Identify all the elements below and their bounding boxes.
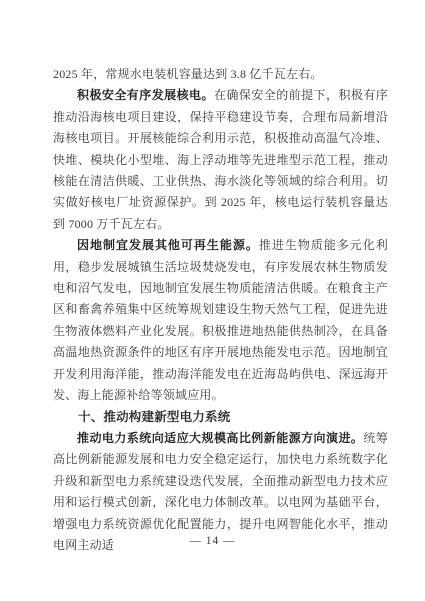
paragraph: 2025 年，常规水电装机容量达到 3.8 亿千瓦左右。	[53, 64, 388, 85]
lead-sentence: 积极安全有序发展核电。	[77, 88, 214, 102]
paragraph: 因地制宜发展其他可再生能源。推进生物质能多元化利用，稳步发展城镇生活垃圾焚烧发电…	[53, 235, 388, 406]
page-body: 2025 年，常规水电装机容量达到 3.8 亿千瓦左右。 积极安全有序发展核电。…	[53, 64, 388, 556]
paragraph-text: 统筹高比例新能源发展和电力安全稳定运行，加快电力系统数字化升级和新型电力系统建设…	[53, 431, 388, 552]
paragraph: 积极安全有序发展核电。在确保安全的前提下，积极有序推动沿海核电项目建设，保持平稳…	[53, 85, 388, 235]
lead-sentence: 推动电力系统向适应大规模高比例新能源方向演进。	[77, 431, 363, 445]
section-heading: 十、推动构建新型电力系统	[53, 407, 388, 428]
lead-sentence: 因地制宜发展其他可再生能源。	[77, 238, 259, 252]
paragraph-text: 在确保安全的前提下，积极有序推动沿海核电项目建设，保持平稳建设节奏，合理布局新增…	[53, 88, 388, 230]
paragraph-text: 2025 年，常规水电装机容量达到 3.8 亿千瓦左右。	[53, 67, 323, 81]
page-number: — 14 —	[0, 535, 425, 547]
paragraph-text: 推进生物质能多元化利用，稳步发展城镇生活垃圾焚烧发电，有序发展农林生物质发电和沼…	[53, 238, 388, 402]
document-page: 2025 年，常规水电装机容量达到 3.8 亿千瓦左右。 积极安全有序发展核电。…	[0, 0, 425, 601]
